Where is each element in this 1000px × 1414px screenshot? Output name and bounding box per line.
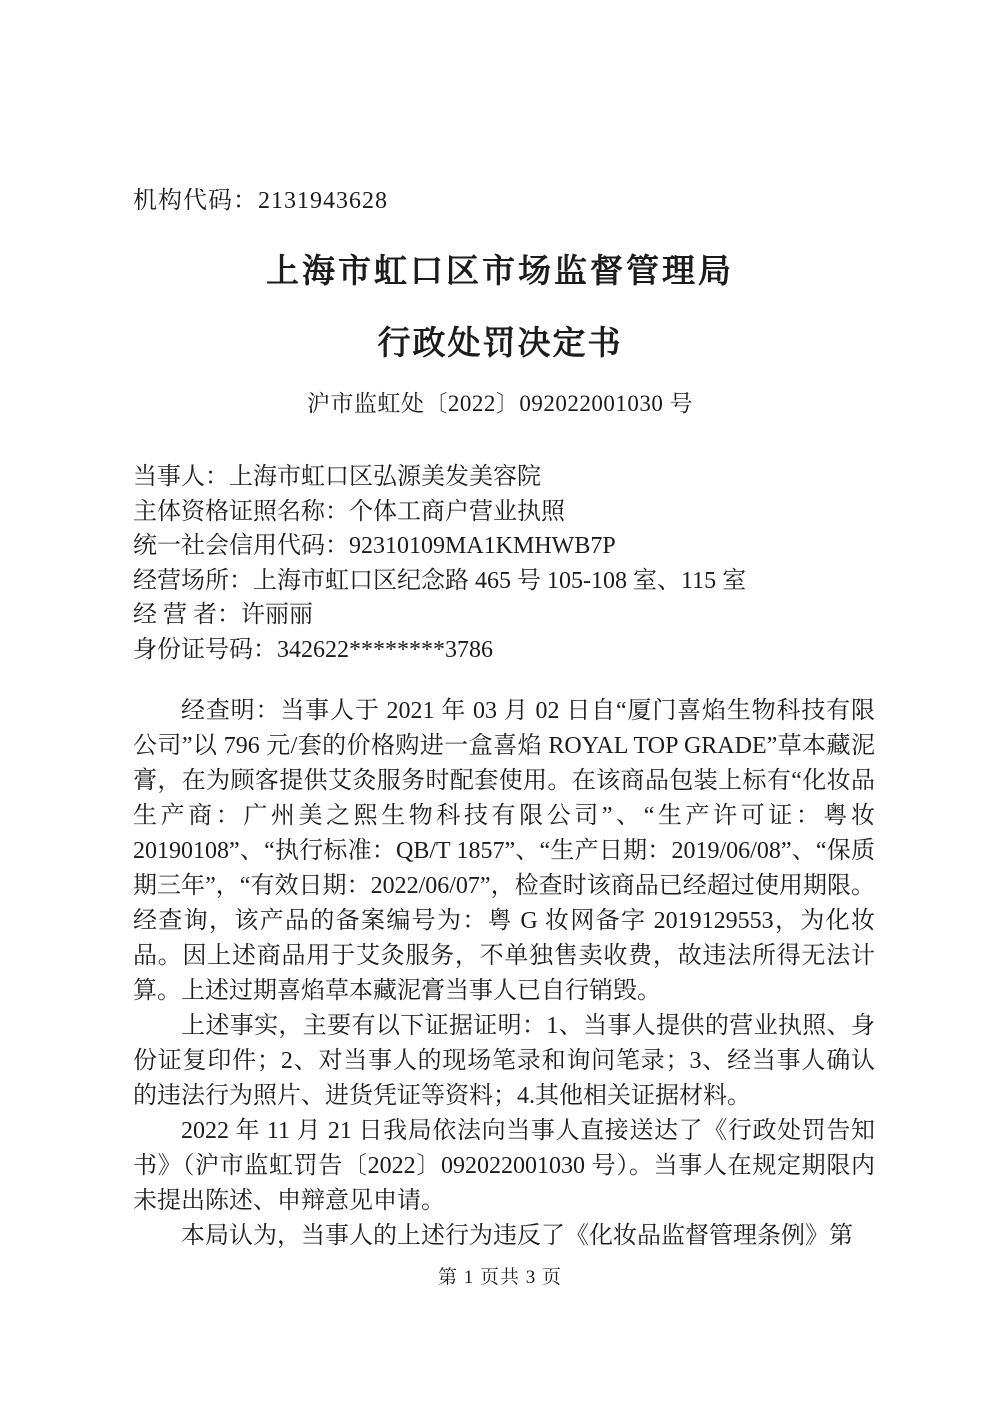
body-paragraph: 本局认为，当事人的上述行为违反了《化妆品监督管理条例》第 [133,1219,875,1254]
document-page: 机构代码：2131943628 上海市虹口区市场监督管理局 行政处罚决定书 沪市… [0,0,1000,1414]
party-info-block: 当事人：上海市虹口区弘源美发美容院主体资格证照名称：个体工商户营业执照统一社会信… [133,460,875,668]
party-info-line: 统一社会信用代码：92310109MA1KMHWB7P [133,529,875,564]
body-paragraph: 经查明：当事人于 2021 年 03 月 02 日自“厦门喜焰生物科技有限公司”… [133,694,875,1009]
authority-title: 上海市虹口区市场监督管理局 [0,245,1000,292]
decision-body: 经查明：当事人于 2021 年 03 月 02 日自“厦门喜焰生物科技有限公司”… [133,694,875,1254]
document-number: 沪市监虹处〔2022〕092022001030 号 [0,385,1000,418]
page-number-footer: 第 1 页共 3 页 [0,1262,1000,1289]
party-info-line: 经 营 者：许丽丽 [133,598,875,633]
party-info-line: 经营场所：上海市虹口区纪念路 465 号 105-108 室、115 室 [133,564,875,599]
document-type-title: 行政处罚决定书 [0,317,1000,364]
party-info-line: 当事人：上海市虹口区弘源美发美容院 [133,460,875,495]
party-info-line: 身份证号码：342622********3786 [133,633,875,668]
party-info-line: 主体资格证照名称：个体工商户营业执照 [133,495,875,530]
body-paragraph: 上述事实，主要有以下证据证明：1、当事人提供的营业执照、身份证复印件；2、对当事… [133,1009,875,1114]
body-paragraph: 2022 年 11 月 21 日我局依法向当事人直接送达了《行政处罚告知书》（沪… [133,1114,875,1219]
org-code-line: 机构代码：2131943628 [133,180,388,215]
